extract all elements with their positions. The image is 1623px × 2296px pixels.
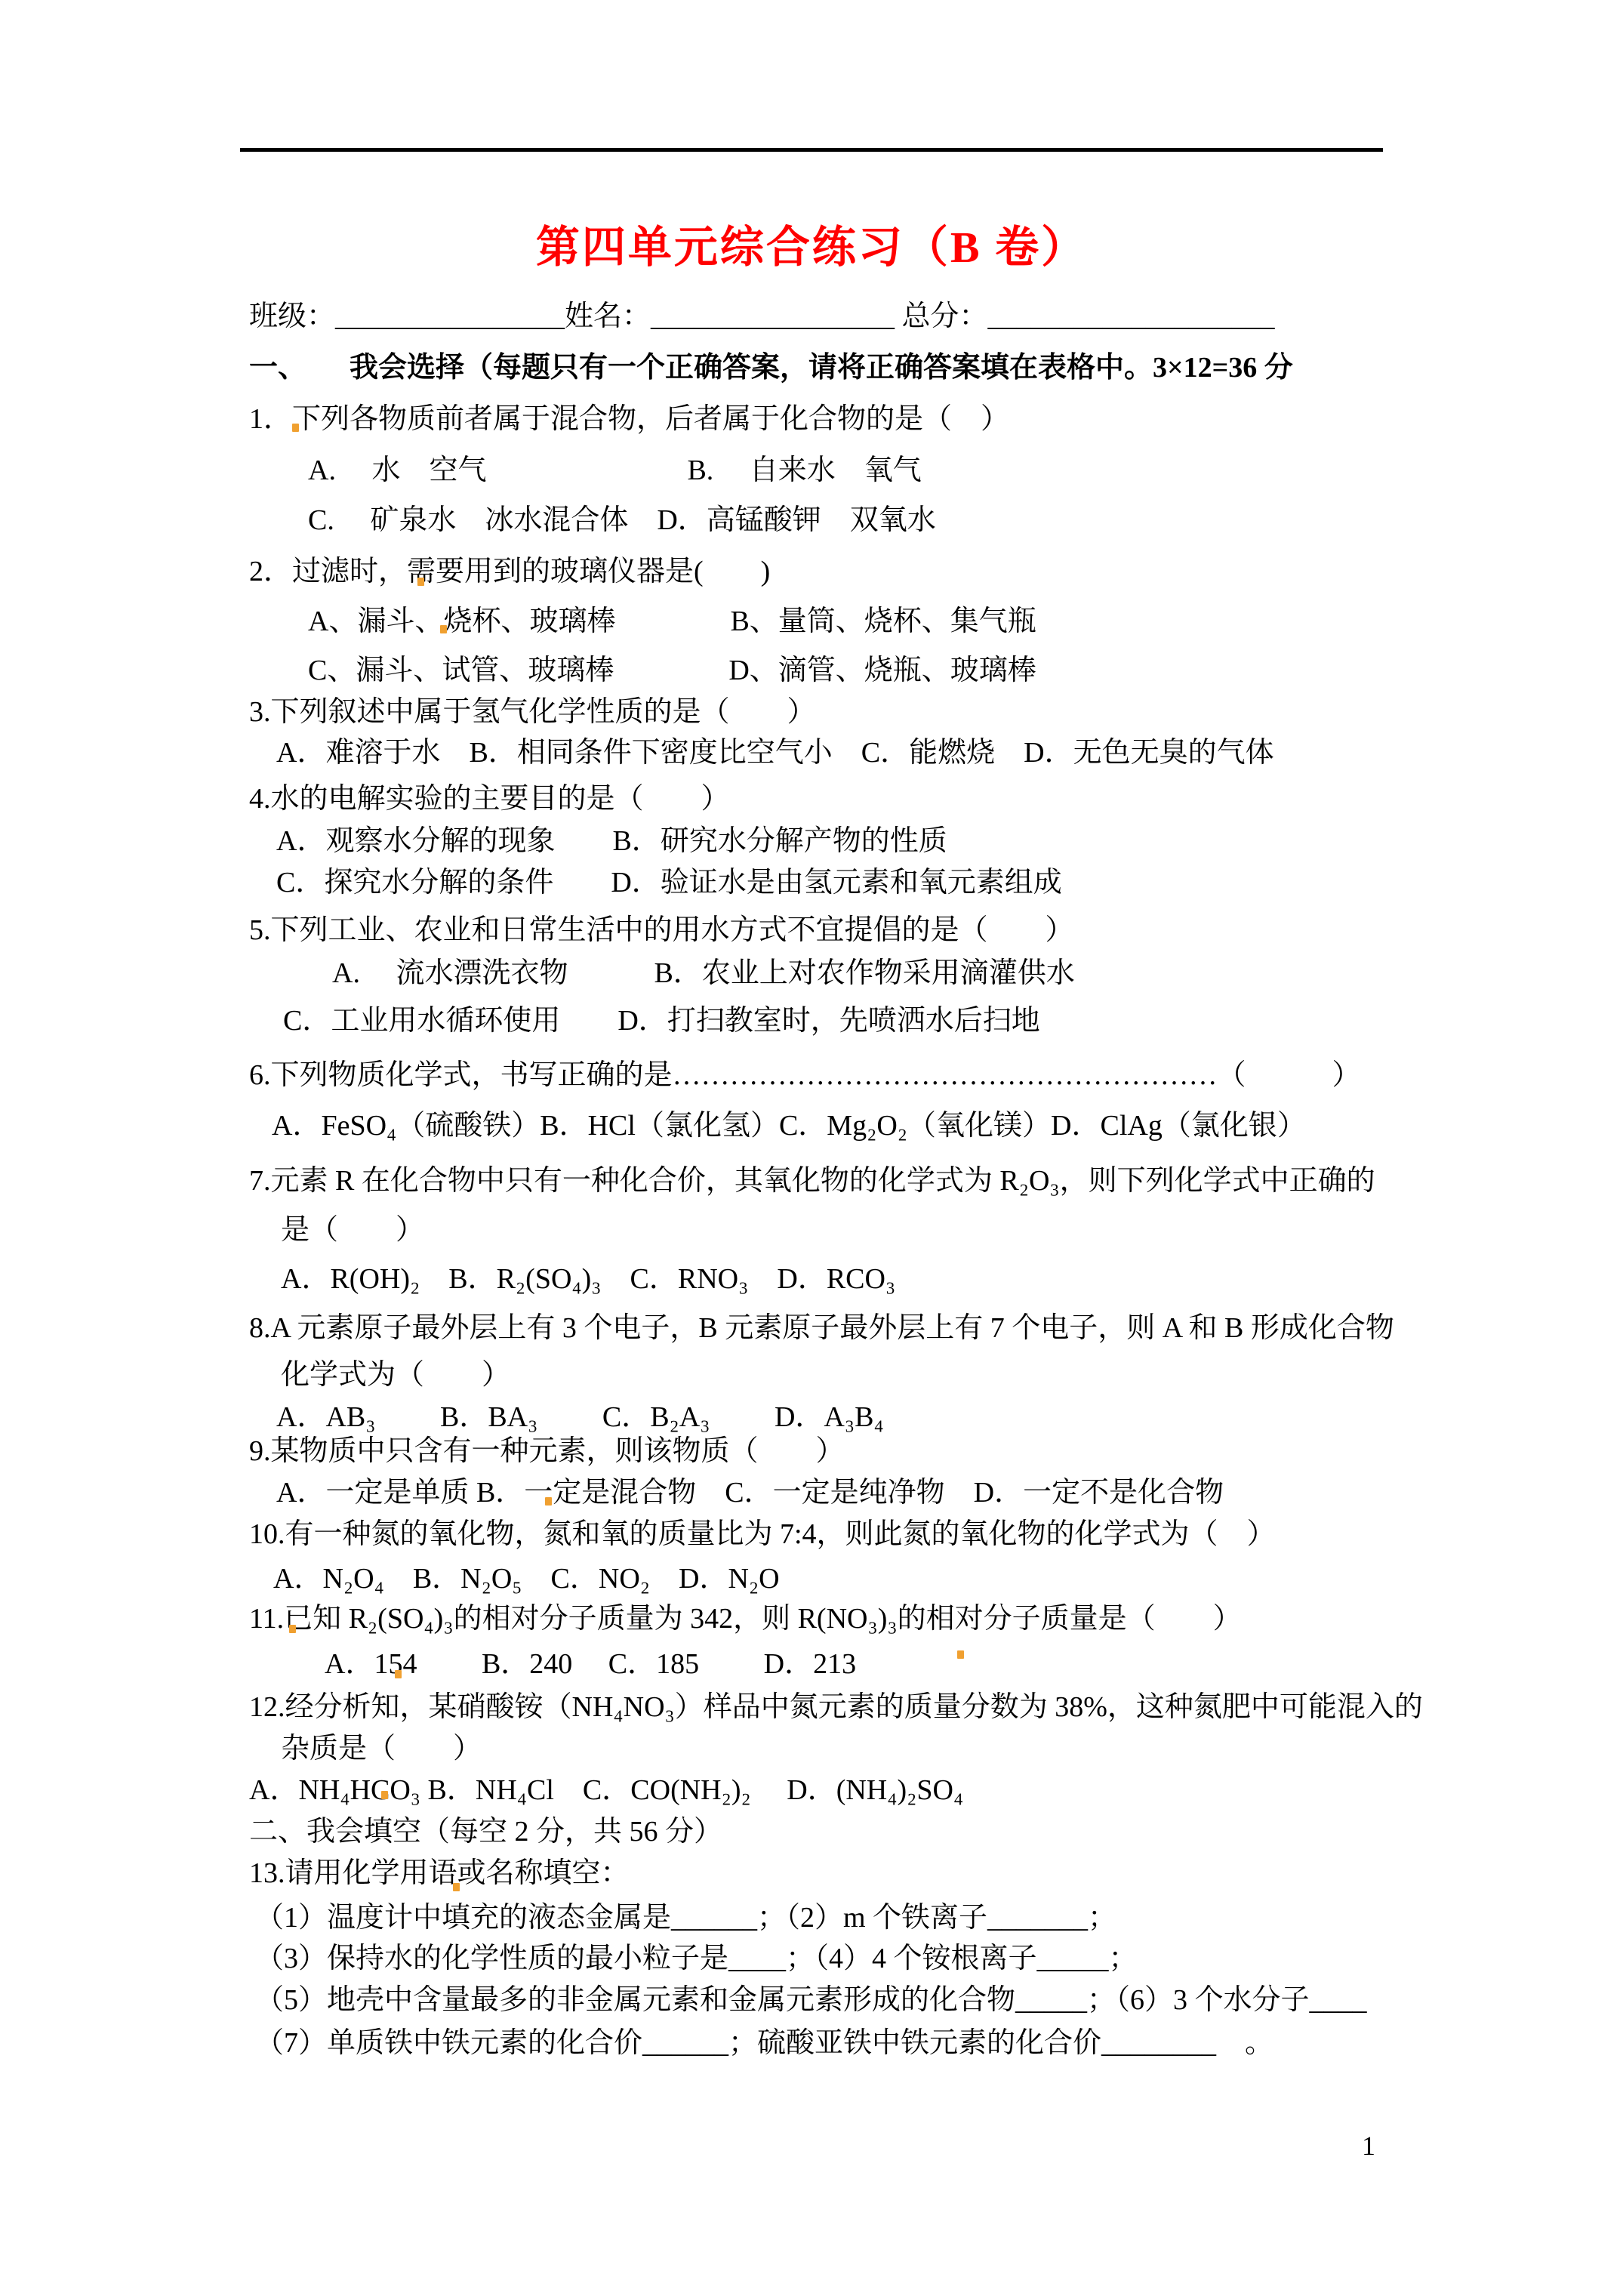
q13-stem: 13.请用化学用语或名称填空：	[249, 1856, 630, 1891]
q9-stem: 9.某物质中只含有一种元素，则该物质（ ）	[249, 1434, 845, 1469]
q5-stem: 5.下列工业、农业和日常生活中的用水方式不宜提倡的是（ ）	[249, 913, 1074, 948]
q6-stem: 6.下列物质化学式，书写正确的是…………………………………………………（ ）	[249, 1058, 1361, 1093]
q6-options: A．FeSO₄（硫酸铁）B．HCl（氯化氢）C．Mg₂O₂（氧化镁）D．ClAg…	[272, 1108, 1306, 1143]
q11-stem: 11.已知 R₂(SO₄)₃的相对分子质量为 342，则 R(NO₃)₃的相对分…	[249, 1601, 1242, 1636]
q4-options-ab: A．观察水分解的现象 B．研究水分解产物的性质	[276, 824, 947, 858]
q2-options-cd: C、漏斗、试管、玻璃棒 D、滴管、烧瓶、玻璃棒	[308, 653, 1036, 688]
annotation-mark-icon	[545, 1497, 552, 1505]
q12-stem-line2: 杂质是（ ）	[281, 1731, 482, 1766]
q12-stem-line1: 12.经分析知，某硝酸铵（NH₄NO₃）样品中氮元素的质量分数为 38%，这种氮…	[249, 1690, 1423, 1724]
q8-options: A．AB₃ B．BA₃ C．B₂A₃ D．A₃B₄	[276, 1400, 884, 1435]
annotation-mark-icon	[957, 1650, 964, 1659]
q5-options-cd: C．工业用水循环使用 D．打扫教室时，先喷洒水后扫地	[283, 1003, 1040, 1038]
annotation-mark-icon	[289, 1625, 296, 1633]
header-blanks: 班级：________________姓名：_________________ …	[249, 299, 1275, 334]
page-number: 1	[1362, 2132, 1375, 2159]
exam-paper-page: 第四单元综合练习（B 卷） 班级：________________姓名：____…	[0, 0, 1623, 2296]
q4-stem: 4.水的电解实验的主要目的是（ ）	[249, 781, 730, 816]
q8-stem-line1: 8.A 元素原子最外层上有 3 个电子，B 元素原子最外层上有 7 个电子，则 …	[249, 1311, 1394, 1345]
header-rule	[240, 148, 1383, 152]
annotation-mark-icon	[292, 424, 299, 432]
section-2-heading: 二、我会填空（每空 2 分，共 56 分）	[249, 1814, 722, 1849]
q1-options-cd: C. 矿泉水 冰水混合体 D．高锰酸钾 双氧水	[308, 503, 936, 538]
q2-stem: 2．过滤时，需要用到的玻璃仪器是( )	[249, 554, 770, 589]
q13-blanks-7: （7）单质铁中铁元素的化合价______；硫酸亚铁中铁元素的化合价_______…	[255, 2026, 1273, 2060]
q7-options: A．R(OH)₂ B．R₂(SO₄)₃ C．RNO₃ D．RCO₃	[281, 1262, 895, 1296]
section-1-heading: 一、 我会选择（每题只有一个正确答案，请将正确答案填在表格中。3×12=36 分	[249, 350, 1293, 385]
q10-options: A．N₂O₄ B．N₂O₅ C．NO₂ D．N₂O	[273, 1561, 780, 1596]
page-title: 第四单元综合练习（B 卷）	[0, 211, 1623, 275]
annotation-mark-icon	[395, 1670, 402, 1678]
q9-options: A．一定是单质 B．一定是混合物 C．一定是纯净物 D．一定不是化合物	[276, 1475, 1224, 1510]
q13-blanks-3-4: （3）保持水的化学性质的最小粒子是____；（4）4 个铵根离子_____；	[255, 1941, 1138, 1976]
annotation-mark-icon	[453, 1883, 460, 1891]
q13-blanks-5-6: （5）地壳中含量最多的非金属元素和金属元素形成的化合物_____；（6）3 个水…	[255, 1983, 1367, 2017]
q12-options: A．NH₄HCO₃ B．NH₄Cl C．CO(NH₂)₂ D．(NH₄)₂SO₄	[249, 1773, 963, 1808]
q4-options-cd: C．探究水分解的条件 D．验证水是由氢元素和氧元素组成	[276, 865, 1062, 900]
q7-stem-line1: 7.元素 R 在化合物中只有一种化合价，其氧化物的化学式为 R₂O₃，则下列化学…	[249, 1163, 1375, 1198]
annotation-mark-icon	[381, 1791, 388, 1799]
q3-options: A．难溶于水 B．相同条件下密度比空气小 C．能燃烧 D．无色无臭的气体	[276, 735, 1274, 770]
q1-options-ab: A. 水 空气 B. 自来水 氧气	[308, 453, 922, 488]
q5-options-ab: A. 流水漂洗衣物 B．农业上对农作物采用滴灌供水	[332, 956, 1075, 991]
q2-options-ab: A、漏斗、烧杯、玻璃棒 B、量筒、烧杯、集气瓶	[308, 604, 1036, 639]
annotation-mark-icon	[417, 578, 424, 586]
annotation-mark-icon	[440, 625, 447, 633]
q7-stem-line2: 是（ ）	[281, 1213, 424, 1247]
q10-stem: 10.有一种氮的氧化物，氮和氧的质量比为 7:4，则此氮的氧化物的化学式为（ ）	[249, 1517, 1276, 1552]
q1-stem: 1．下列各物质前者属于混合物，后者属于化合物的是（ ）	[249, 402, 1009, 436]
q3-stem: 3.下列叙述中属于氢气化学性质的是（ ）	[249, 695, 816, 729]
q13-blanks-1-2: （1）温度计中填充的液态金属是______；（2）m 个铁离子_______；	[255, 1900, 1116, 1935]
q8-stem-line2: 化学式为（ ）	[281, 1358, 510, 1392]
q11-options: A．154 B．240 C．185 D．213	[325, 1647, 856, 1681]
